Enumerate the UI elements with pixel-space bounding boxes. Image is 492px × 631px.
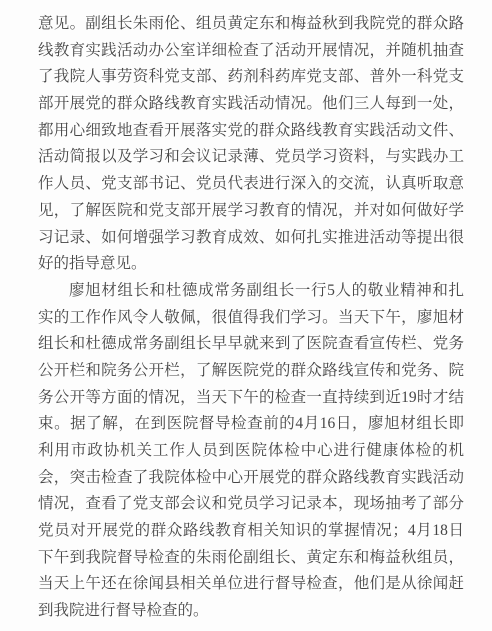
text-line: 当天上午还在徐闻县相关单位进行督导检查，他们是从徐闻赶 [38,571,464,598]
text-line: 公开栏和院务公开栏，了解医院党的群众路线宣传和党务、院 [38,358,464,385]
paragraph-2: 廖旭材组长和杜德成常务副组长一行5人的敬业精神和扎 实的工作作风令人敬佩，很值得… [38,278,464,625]
text-line: 部开展党的群众路线教育实践活动情况。他们三人每到一处， [38,91,464,118]
text-line: 党员对开展党的群众路线教育相关知识的掌握情况；4月18日 [38,518,464,545]
text-line: 会，突击检查了我院体检中心开展党的群众路线教育实践活动 [38,465,464,492]
text-line: 都用心细致地查看开展落实党的群众路线教育实践活动文件、 [38,118,464,145]
text-line: 作人员、党支部书记、党员代表进行深入的交流，认真听取意 [38,171,464,198]
text-line: 线教育实践活动办公室详细检查了活动开展情况，并随机抽查 [38,38,464,65]
text-line: 情况，查看了党支部会议和党员学习记录本，现场抽考了部分 [38,491,464,518]
text-line: 好的指导意见。 [38,251,464,278]
document-page: 意见。副组长朱雨伦、组员黄定东和梅益秋到我院党的群众路 线教育实践活动办公室详细… [0,0,492,631]
text-line: 组长和杜德成常务副组长早早就来到了医院查看宣传栏、党务 [38,331,464,358]
text-line: 见，了解医院和党支部开展学习教育的情况，并对如何做好学 [38,198,464,225]
paragraph-1: 意见。副组长朱雨伦、组员黄定东和梅益秋到我院党的群众路 线教育实践活动办公室详细… [38,11,464,278]
text-line: 下午到我院督导检查的朱雨伦副组长、黄定东和梅益秋组员， [38,545,464,572]
text-line: 意见。副组长朱雨伦、组员黄定东和梅益秋到我院党的群众路 [38,11,464,38]
text-line: 利用市政协机关工作人员到医院体检中心进行健康体检的机 [38,438,464,465]
text-line: 务公开等方面的情况，当天下午的检查一直持续到近19时才结 [38,385,464,412]
text-line: 廖旭材组长和杜德成常务副组长一行5人的敬业精神和扎 [38,278,464,305]
text-line: 到我院进行督导检查的。 [38,598,464,625]
text-line: 了我院人事劳资科党支部、药剂科药库党支部、普外一科党支 [38,64,464,91]
text-line: 习记录、如何增强学习教育成效、如何扎实推进活动等提出很 [38,225,464,252]
text-line: 实的工作作风令人敬佩，很值得我们学习。当天下午，廖旭材 [38,305,464,332]
text-line: 活动简报以及学习和会议记录薄、党员学习资料，与实践办工 [38,144,464,171]
text-line: 束。据了解，在到医院督导检查前的4月16日，廖旭材组长即 [38,411,464,438]
